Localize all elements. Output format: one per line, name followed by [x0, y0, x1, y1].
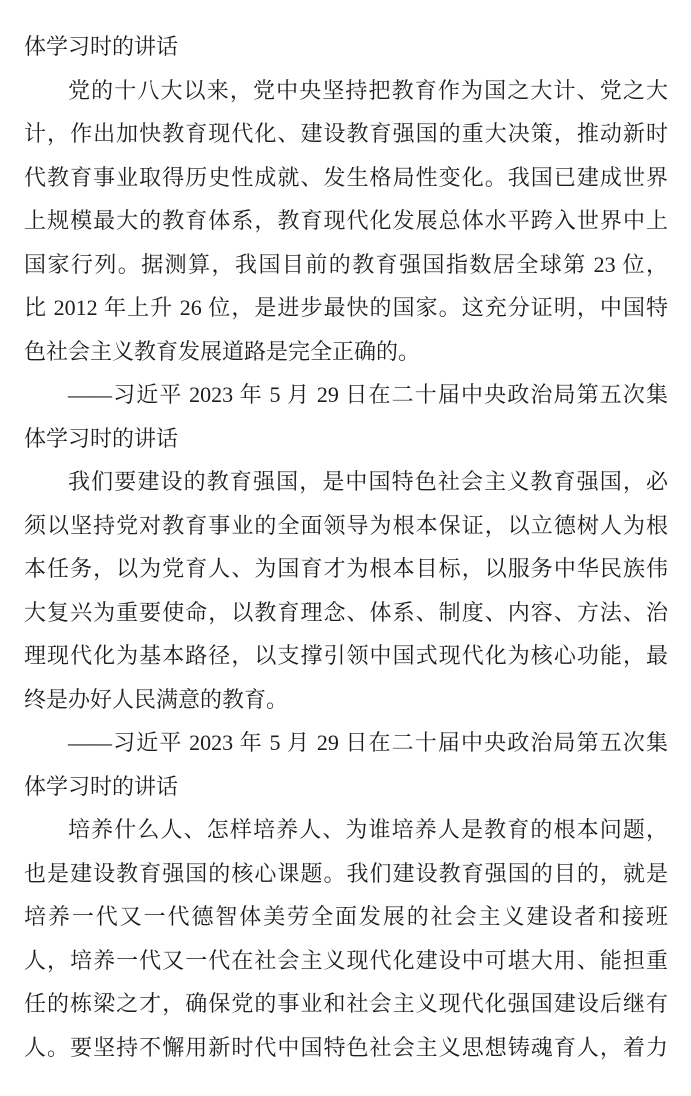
text-line: 人，培养一代又一代在社会主义现代化建设中可堪大用、能担重	[24, 939, 668, 983]
paragraph-body: 党的十八大以来，党中央坚持把教育作为国之大计、党之大计，作出加快教育现代化、建设…	[24, 69, 668, 374]
text-line: 我们要建设的教育强国，是中国特色社会主义教育强国，必	[24, 460, 668, 504]
text-line: 代教育事业取得历史性成就、发生格局性变化。我国已建成世界	[24, 156, 668, 200]
text-line: 本任务，以为党育人、为国育才为根本目标，以服务中华民族伟	[24, 547, 668, 591]
paragraph-body: 培养什么人、怎样培养人、为谁培养人是教育的根本问题，也是建设教育强国的核心课题。…	[24, 808, 668, 1069]
paragraph-attribution: ——习近平 2023 年 5 月 29 日在二十届中央政治局第五次集体学习时的讲…	[24, 721, 668, 808]
text-line: 体学习时的讲话	[24, 417, 668, 461]
document-page: 体学习时的讲话党的十八大以来，党中央坚持把教育作为国之大计、党之大计，作出加快教…	[0, 0, 691, 1096]
text-line: 人。要坚持不懈用新时代中国特色社会主义思想铸魂育人，着力	[24, 1026, 668, 1070]
text-line: 须以坚持党对教育事业的全面领导为根本保证，以立德树人为根	[24, 504, 668, 548]
text-line: 培养什么人、怎样培养人、为谁培养人是教育的根本问题，	[24, 808, 668, 852]
text-line: 也是建设教育强国的核心课题。我们建设教育强国的目的，就是	[24, 852, 668, 896]
text-line: 色社会主义教育发展道路是完全正确的。	[24, 330, 668, 374]
text-line: 体学习时的讲话	[24, 25, 668, 69]
text-line: 任的栋梁之才，确保党的事业和社会主义现代化强国建设后继有	[24, 982, 668, 1026]
text-line: 上规模最大的教育体系，教育现代化发展总体水平跨入世界中上	[24, 199, 668, 243]
text-line: 理现代化为基本路径，以支撑引领中国式现代化为核心功能，最	[24, 634, 668, 678]
text-line: ——习近平 2023 年 5 月 29 日在二十届中央政治局第五次集	[24, 721, 668, 765]
text-line: 党的十八大以来，党中央坚持把教育作为国之大计、党之大	[24, 69, 668, 113]
text-line: 培养一代又一代德智体美劳全面发展的社会主义建设者和接班	[24, 895, 668, 939]
text-line: 比 2012 年上升 26 位，是进步最快的国家。这充分证明，中国特	[24, 286, 668, 330]
paragraph-body: 我们要建设的教育强国，是中国特色社会主义教育强国，必须以坚持党对教育事业的全面领…	[24, 460, 668, 721]
text-line: 体学习时的讲话	[24, 765, 668, 809]
text-line: 终是办好人民满意的教育。	[24, 678, 668, 722]
paragraph-continuation: 体学习时的讲话	[24, 25, 668, 69]
text-line: ——习近平 2023 年 5 月 29 日在二十届中央政治局第五次集	[24, 373, 668, 417]
paragraph-attribution: ——习近平 2023 年 5 月 29 日在二十届中央政治局第五次集体学习时的讲…	[24, 373, 668, 460]
text-line: 计，作出加快教育现代化、建设教育强国的重大决策，推动新时	[24, 112, 668, 156]
text-line: 大复兴为重要使命，以教育理念、体系、制度、内容、方法、治	[24, 591, 668, 635]
text-line: 国家行列。据测算，我国目前的教育强国指数居全球第 23 位，	[24, 243, 668, 287]
